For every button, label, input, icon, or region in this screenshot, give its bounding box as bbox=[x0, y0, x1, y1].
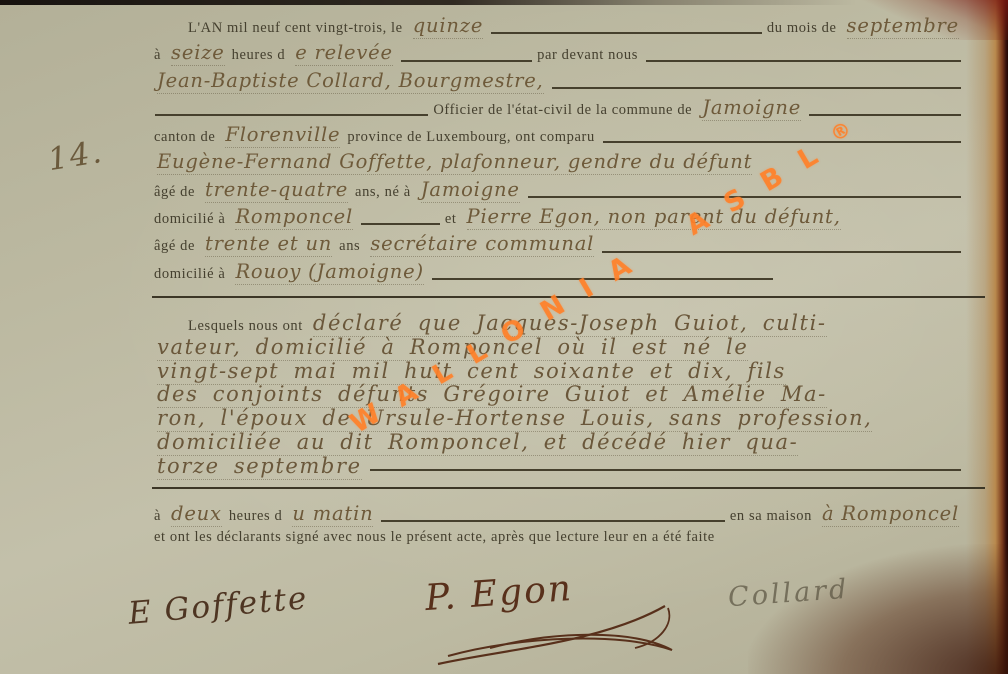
act-line: âgé detrente et unanssecrétaire communal bbox=[152, 232, 964, 259]
fill-line bbox=[528, 195, 961, 198]
act-line: domicilié àRouoy (Jamoigne) bbox=[152, 260, 964, 287]
fill-line bbox=[603, 140, 961, 143]
fill-line bbox=[361, 222, 440, 225]
handwritten-entry: Eugène-Fernand Goffette, plafonneur, gen… bbox=[157, 150, 752, 175]
act-line: des conjoints défunts Grégoire Guiot et … bbox=[152, 382, 964, 406]
handwritten-entry: à Romponcel bbox=[822, 502, 959, 527]
handwritten-entry: Jean-Baptiste Collard, Bourgmestre, bbox=[157, 69, 544, 94]
handwritten-entry: domiciliée au dit Romponcel, et décédé h… bbox=[157, 430, 798, 456]
handwritten-entry: Romponcel bbox=[235, 205, 353, 230]
printed-text: et ont les déclarants signé avec nous le… bbox=[154, 529, 715, 546]
act-line: vingt-sept mai mil huit cent soixante et… bbox=[152, 359, 964, 383]
printed-text: heures d bbox=[232, 47, 286, 64]
handwritten-entry: secrétaire communal bbox=[370, 232, 594, 257]
act-line: Lesquels nous ontdéclaré que Jacques-Jos… bbox=[152, 311, 964, 335]
printed-text: Lesquels nous ont bbox=[188, 318, 303, 335]
handwritten-entry: septembre bbox=[847, 14, 959, 39]
section-rule bbox=[152, 296, 985, 298]
handwritten-entry: u matin bbox=[292, 502, 373, 527]
spacer bbox=[776, 286, 964, 287]
printed-text: Officier de l'état-civil de la commune d… bbox=[433, 102, 692, 119]
printed-text: âgé de bbox=[154, 238, 195, 255]
printed-text: en sa maison bbox=[730, 508, 812, 525]
act-line: Jean-Baptiste Collard, Bourgmestre, bbox=[152, 69, 964, 96]
act-line: Eugène-Fernand Goffette, plafonneur, gen… bbox=[152, 150, 964, 177]
printed-text: âgé de bbox=[154, 184, 195, 201]
act-line: àseizeheures de relevéepar devant nous bbox=[152, 41, 964, 68]
printed-text: ans bbox=[339, 238, 360, 255]
handwritten-entry: Florenville bbox=[225, 123, 340, 148]
handwritten-entry: trente-quatre bbox=[205, 178, 348, 203]
fill-line bbox=[602, 250, 961, 253]
handwritten-entry: ron, l'époux de Ursule-Hortense Louis, s… bbox=[157, 406, 872, 432]
act-line: domiciliée au dit Romponcel, et décédé h… bbox=[152, 430, 964, 454]
act-line: vateur, domicilié à Romponcel où il est … bbox=[152, 335, 964, 359]
fill-line bbox=[646, 59, 961, 62]
signature-goffette: E Goffette bbox=[127, 580, 310, 632]
printed-text: province de Luxembourg, ont comparu bbox=[347, 129, 594, 146]
fill-line bbox=[809, 113, 961, 116]
fill-line bbox=[370, 468, 961, 471]
printed-text: domicilié à bbox=[154, 266, 225, 283]
handwritten-entry: trente et un bbox=[205, 232, 332, 257]
fill-line bbox=[432, 277, 773, 280]
printed-text: par devant nous bbox=[537, 47, 638, 64]
act-line: et ont les déclarants signé avec nous le… bbox=[152, 529, 964, 556]
handwritten-entry: e relevée bbox=[295, 41, 393, 66]
fill-line bbox=[491, 31, 762, 34]
act-line: âgé detrente-quatreans, né àJamoigne bbox=[152, 178, 964, 205]
act-line: canton deFlorenvilleprovince de Luxembou… bbox=[152, 123, 964, 150]
printed-text: domicilié à bbox=[154, 211, 225, 228]
printed-text: et bbox=[445, 211, 457, 228]
printed-text: ans, né à bbox=[355, 184, 411, 201]
act-line: torze septembre bbox=[152, 454, 964, 478]
fill-line bbox=[401, 59, 532, 62]
fill-line bbox=[552, 86, 961, 89]
act-number: 14. bbox=[46, 134, 106, 178]
printed-text: à bbox=[154, 508, 161, 525]
handwritten-entry: Rouoy (Jamoigne) bbox=[235, 260, 423, 285]
act-line: L'AN mil neuf cent vingt-trois, lequinze… bbox=[152, 14, 964, 41]
signature-flourish bbox=[430, 598, 680, 673]
fill-line bbox=[155, 113, 428, 116]
act-line: domicilié àRomponceletPierre Egon, non p… bbox=[152, 205, 964, 232]
handwritten-entry: quinze bbox=[413, 14, 483, 39]
handwritten-entry: des conjoints défunts Grégoire Guiot et … bbox=[157, 382, 827, 408]
printed-text: heures d bbox=[229, 508, 283, 525]
printed-text: à bbox=[154, 47, 161, 64]
handwritten-entry: seize bbox=[171, 41, 225, 66]
printed-text: L'AN mil neuf cent vingt-trois, le bbox=[188, 20, 403, 37]
death-record-page: 14. L'AN mil neuf cent vingt-trois, lequ… bbox=[0, 0, 1008, 674]
printed-text: canton de bbox=[154, 129, 215, 146]
handwritten-entry: torze septembre bbox=[157, 454, 362, 480]
fill-line bbox=[381, 519, 724, 522]
handwritten-entry: Jamoigne bbox=[421, 178, 520, 203]
act-line: Officier de l'état-civil de la commune d… bbox=[152, 96, 964, 123]
printed-text: du mois de bbox=[767, 20, 837, 37]
act-line: àdeuxheures du matinen sa maisonà Rompon… bbox=[152, 502, 964, 529]
handwritten-entry: vateur, domicilié à Romponcel où il est … bbox=[157, 335, 748, 361]
handwritten-entry: Jamoigne bbox=[702, 96, 801, 121]
handwritten-entry: deux bbox=[171, 502, 222, 527]
handwritten-entry: vingt-sept mai mil huit cent soixante et… bbox=[157, 359, 786, 385]
act-line: ron, l'époux de Ursule-Hortense Louis, s… bbox=[152, 406, 964, 430]
handwritten-entry: déclaré que Jacques-Joseph Guiot, culti- bbox=[313, 311, 827, 337]
section-rule bbox=[152, 487, 985, 489]
act-lines: L'AN mil neuf cent vingt-trois, lequinze… bbox=[152, 14, 964, 556]
handwritten-entry: Pierre Egon, non parent du défunt, bbox=[467, 205, 841, 230]
